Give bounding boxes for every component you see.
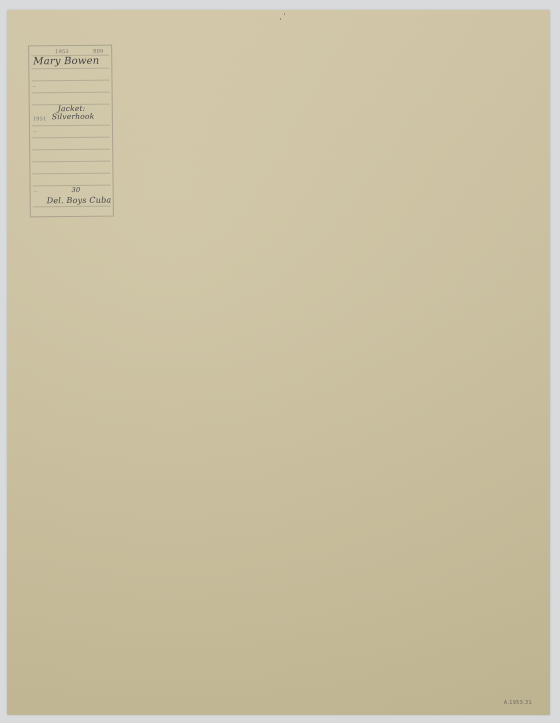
accession-number-left: 1953	[55, 49, 69, 55]
catalog-label-card: — — — 1953 809 Mary Bowen Jacket: 1951 S…	[28, 45, 114, 218]
label-rule	[31, 68, 109, 70]
label-rule	[32, 137, 110, 139]
medium-line-2: Silverhook	[52, 112, 95, 121]
label-rule	[32, 125, 110, 127]
label-rule	[32, 149, 110, 151]
year-prefix: 1951	[33, 116, 47, 122]
label-rule	[33, 206, 111, 208]
lender-note: Del. Boys Cuba	[47, 196, 112, 206]
paper-mark	[280, 18, 281, 20]
label-rule	[32, 161, 110, 163]
label-rule	[32, 173, 110, 175]
label-rule	[31, 80, 109, 82]
paper-mark	[284, 13, 285, 15]
artist-name: Mary Bowen	[33, 56, 99, 68]
row-marker: —	[34, 188, 38, 193]
document-sheet: — — — 1953 809 Mary Bowen Jacket: 1951 S…	[7, 10, 550, 715]
row-marker: —	[33, 128, 37, 133]
catalog-number: A.1953.31	[504, 700, 532, 706]
item-count: 30	[72, 186, 81, 194]
accession-number-right: 809	[93, 49, 103, 55]
label-rule	[32, 92, 110, 94]
row-marker: —	[32, 83, 36, 88]
